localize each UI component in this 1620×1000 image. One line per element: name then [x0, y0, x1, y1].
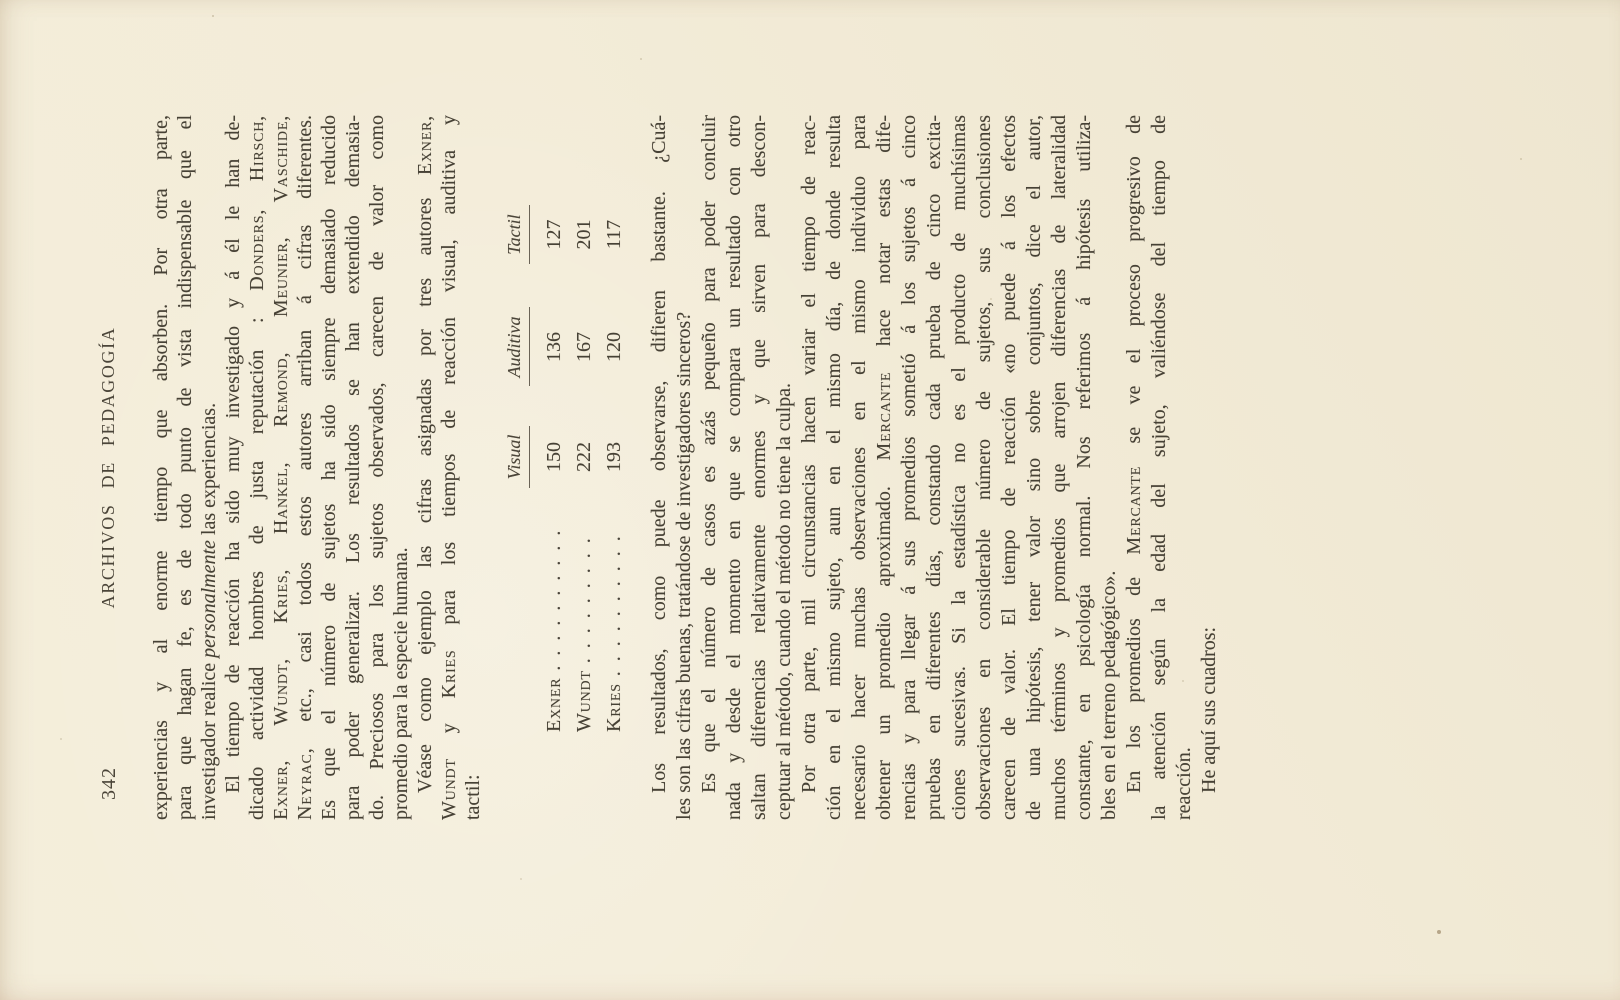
text-segment: Los resultados, como puede observarse, d…: [648, 115, 670, 793]
text-line: tactil:: [461, 115, 485, 820]
value-cell: 117: [599, 182, 629, 287]
table-row: Kries..........193120117: [599, 115, 629, 732]
text-line: la atención según la edad del sujeto, va…: [1147, 115, 1172, 820]
row-label: Exner: [543, 678, 565, 732]
text-line: necesario hacer muchas observaciones en …: [847, 115, 872, 820]
book-page: 342 ARCHIVOS DE PEDAGOGÍA experiencias y…: [0, 0, 1620, 1000]
smallcaps-name: Neyrac,: [294, 748, 316, 821]
text-segment: obtener un promedio aproximado.: [873, 460, 895, 820]
text-segment: para los tiempos de reacción visual, aud…: [438, 115, 460, 650]
paragraph: He aquí sus cuadros:: [1197, 115, 1222, 820]
text-line: pruebas en diferentes días, constando ca…: [922, 115, 947, 820]
text-segment: En los promedios de: [1123, 555, 1145, 793]
paragraph: Por otra parte, mil circunstancias hacen…: [797, 115, 1122, 820]
text-line: El tiempo de reacción ha sido muy invest…: [221, 115, 245, 820]
value-cell: 193: [599, 407, 629, 507]
table-header-row: VisualAuditivaTactil: [502, 115, 530, 732]
text-line: reacción.: [1172, 115, 1197, 820]
text-segment: bles en el terreno pedagógico».: [1098, 571, 1120, 820]
text-segment: Es que el número de sujetos ha sido siem…: [318, 115, 340, 820]
text-line: rencias y para llegar á sus promedios so…: [897, 115, 922, 820]
text-line: saltan diferencias relativamente enormes…: [747, 115, 772, 820]
row-label-cell: Wundt.........: [569, 507, 599, 732]
text-line: dicado actividad hombres de justa reputa…: [245, 115, 269, 820]
paragraph: En los promedios de Mercante se ve el pr…: [1122, 115, 1197, 820]
paragraph: experiencias y al enorme tiempo que abso…: [149, 115, 221, 820]
text-line: Por otra parte, mil circunstancias hacen…: [797, 115, 822, 820]
text-segment: investigador realice: [198, 658, 220, 820]
text-line: promedio para la especie humana.: [389, 115, 413, 820]
text-line: Neyrac, etc., casi todos estos autores a…: [293, 115, 317, 820]
text-line: Es que el número de sujetos ha sido siem…: [317, 115, 341, 820]
text-segment: les son las cifras buenas, tratándose de…: [673, 312, 695, 820]
smallcaps-name: Exner, Wundt, Kries, Hankel, Remond, Meu…: [270, 115, 292, 820]
text-segment: para poder generalizar. Los resultados s…: [342, 115, 364, 820]
text-segment: Véase como ejemplo las cifras asignadas …: [414, 175, 436, 793]
table-header-cell: Auditiva: [502, 287, 530, 407]
text-segment: ción en el mismo sujeto, aun en el mismo…: [823, 115, 845, 820]
dot-leader: .........: [573, 528, 595, 663]
reaction-times-table: VisualAuditivaTactilExner..........15013…: [502, 115, 629, 732]
smallcaps-name: Mercante: [873, 372, 895, 461]
text-line: les son las cifras buenas, tratándose de…: [672, 115, 697, 820]
text-line: obtener un promedio aproximado. Mercante…: [872, 115, 897, 820]
text-line: de una hipótesis, tener valor sino sobre…: [1022, 115, 1047, 820]
text-segment: nada y desde el momento en que se compar…: [723, 115, 745, 820]
text-segment: El tiempo de reacción ha sido muy invest…: [222, 115, 244, 793]
value-cell: 222: [569, 407, 599, 507]
text-segment: promedio para la especie humana.: [390, 547, 412, 820]
text-line: nada y desde el momento en que se compar…: [722, 115, 747, 820]
text-line: ceptuar al método, cuando el método no t…: [772, 115, 797, 820]
text-segment: dicado actividad hombres de justa reputa…: [246, 291, 268, 820]
text-segment: muchos términos y promedios que arrojen …: [1048, 115, 1070, 820]
text-segment: las experiencias.: [198, 403, 220, 540]
italic-text: personalmente: [198, 540, 220, 658]
text-line: Véase como ejemplo las cifras asignadas …: [413, 115, 437, 820]
text-segment: Por otra parte, mil circunstancias hacen…: [798, 115, 820, 793]
row-label: Kries: [603, 683, 625, 732]
text-segment: ceptuar al método, cuando el método no t…: [773, 383, 795, 820]
value-cell: 127: [539, 182, 569, 287]
text-segment: hace notar estas dife-: [873, 115, 895, 372]
text-line: para que hagan fe, es de todo punto de v…: [173, 115, 197, 820]
text-line: En los promedios de Mercante se ve el pr…: [1122, 115, 1147, 820]
text-line: para poder generalizar. Los resultados s…: [341, 115, 365, 820]
text-line: He aquí sus cuadros:: [1197, 115, 1222, 820]
text-line: muchos términos y promedios que arrojen …: [1047, 115, 1072, 820]
text-line: Los resultados, como puede observarse, d…: [647, 115, 672, 820]
smallcaps-name: Kries: [438, 650, 460, 699]
text-line: investigador realice personalmente las e…: [197, 115, 221, 820]
text-line: bles en el terreno pedagógico».: [1097, 115, 1122, 820]
table-header-label: Auditiva: [502, 308, 530, 387]
value-cell: 201: [569, 182, 599, 287]
table-header-label: Tactil: [502, 205, 530, 263]
table-row: Wundt.........222167201: [569, 115, 599, 732]
text-segment: reacción.: [1173, 747, 1195, 820]
text-line: observaciones en considerable número de …: [972, 115, 997, 820]
text-segment: pruebas en diferentes días, constando ca…: [923, 115, 945, 820]
paragraph: Véase como ejemplo las cifras asignadas …: [413, 115, 485, 820]
text-segment: He aquí sus cuadros:: [1198, 627, 1220, 793]
paragraph: Los resultados, como puede observarse, d…: [647, 115, 697, 820]
text-segment: y: [438, 698, 460, 758]
scanned-book-page-canvas: 342 ARCHIVOS DE PEDAGOGÍA experiencias y…: [0, 0, 1620, 1000]
value-cell: 167: [569, 287, 599, 407]
smallcaps-name: Exner,: [414, 115, 436, 175]
text-segment: experiencias y al enorme tiempo que abso…: [150, 115, 172, 820]
smallcaps-name: Donders, Hirsch,: [246, 115, 268, 291]
text-line: constante, en psicología normal. Nos ref…: [1072, 115, 1097, 820]
table-header-cell: Visual: [502, 407, 530, 507]
table-row: Exner..........150136127: [539, 115, 569, 732]
text-segment: necesario hacer muchas observaciones en …: [848, 115, 870, 820]
value-cell: 120: [599, 287, 629, 407]
text-segment: etc., casi todos estos autores arriban á…: [294, 115, 316, 748]
text-segment: rencias y para llegar á sus promedios so…: [898, 115, 920, 820]
value-cell: 136: [539, 287, 569, 407]
smallcaps-name: Mercante: [1123, 466, 1145, 555]
text-line: ción en el mismo sujeto, aun en el mismo…: [822, 115, 847, 820]
text-segment: la atención según la edad del sujeto, va…: [1148, 115, 1170, 820]
page-head: 342 ARCHIVOS DE PEDAGOGÍA: [96, 115, 120, 820]
smallcaps-name: Wundt: [438, 758, 460, 820]
row-label: Wundt: [573, 670, 595, 732]
text-line: Es que el número de casos es azás pequeñ…: [697, 115, 722, 820]
text-line: carecen de valor. El tiempo de reacción …: [997, 115, 1022, 820]
text-line: ciones sucesivas. Si la estadística no e…: [947, 115, 972, 820]
paragraph: El tiempo de reacción ha sido muy invest…: [221, 115, 413, 820]
text-segment: tactil:: [462, 774, 484, 820]
text-segment: ciones sucesivas. Si la estadística no e…: [948, 115, 970, 820]
text-line: Wundt y Kries para los tiempos de reacci…: [437, 115, 461, 820]
text-line: do. Preciosos para los sujetos observado…: [365, 115, 389, 820]
text-segment: Es que el número de casos es azás pequeñ…: [698, 115, 720, 793]
text-segment: carecen de valor. El tiempo de reacción …: [998, 115, 1020, 820]
page-body: experiencias y al enorme tiempo que abso…: [149, 115, 1222, 820]
dot-leader: ..........: [543, 521, 565, 671]
text-line: experiencias y al enorme tiempo que abso…: [149, 115, 173, 820]
text-segment: constante, en psicología normal. Nos ref…: [1073, 115, 1095, 820]
row-label-cell: Kries..........: [599, 507, 629, 732]
row-label-cell: Exner..........: [539, 507, 569, 732]
page-number: 342: [97, 767, 121, 800]
running-head: ARCHIVOS DE PEDAGOGÍA: [96, 115, 120, 820]
text-segment: do. Preciosos para los sujetos observado…: [366, 115, 388, 820]
text-segment: observaciones en considerable número de …: [973, 115, 995, 820]
text-segment: de una hipótesis, tener valor sino sobre…: [1023, 115, 1045, 820]
text-line: Exner, Wundt, Kries, Hankel, Remond, Meu…: [269, 115, 293, 820]
dot-leader: ..........: [603, 526, 625, 676]
text-segment: se ve el proceso progresivo de: [1123, 115, 1145, 466]
text-segment: para que hagan fe, es de todo punto de v…: [174, 115, 196, 820]
paragraph: Es que el número de casos es azás pequeñ…: [697, 115, 797, 820]
value-cell: 150: [539, 407, 569, 507]
table-header-cell: Tactil: [502, 182, 530, 287]
table-header-label: Visual: [502, 426, 530, 489]
text-segment: saltan diferencias relativamente enormes…: [748, 115, 770, 820]
